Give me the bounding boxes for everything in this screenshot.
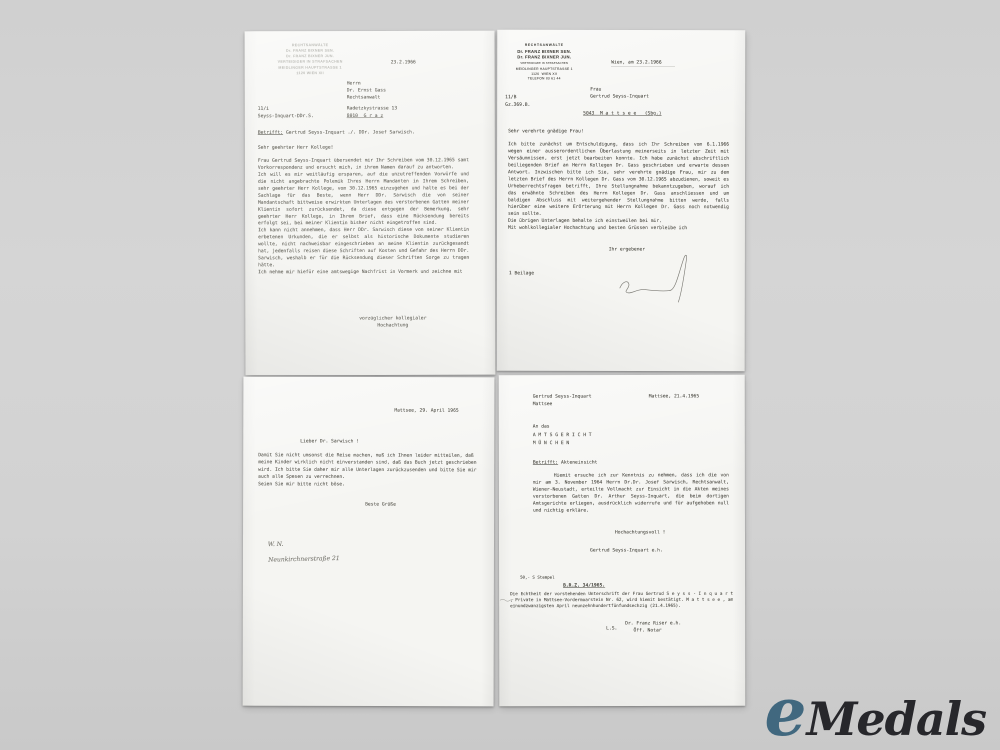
closing-block: Beste Grüße (365, 501, 396, 508)
street-line: Radetzkystrasse 13 (347, 105, 397, 112)
letter-body: Frau Gertrud Seyss-Inquart übersendet mi… (258, 157, 469, 276)
emedals-logo: e Medals (764, 684, 986, 746)
letter-body: Damit Sie nicht umsonst die Reise machen… (258, 452, 480, 489)
salutation: Lieber Dr. Sarwisch ! (300, 438, 359, 445)
typed-references: 11/B Gz.369.B. (505, 94, 530, 109)
subject-line: Betrifft:Gertrud Seyss-Inquart ./. DDr. … (258, 129, 415, 136)
seal-mark: L.S. (606, 625, 617, 632)
file-reference: 11/i Seyss-Inquart-DDr.S. (258, 105, 314, 120)
closing-block: Hochachtungsvoll ! (615, 529, 665, 536)
salutation: Sehr verehrte gnädige Frau! (508, 128, 584, 135)
letterhead-carbon: RECHTSANWÄLTE Dr. FRANZ BIXNER SEN. Dr. … (263, 42, 358, 76)
document-page-bottom-left: Mattsee, 29. April 1965 Lieber Dr. Sarwi… (243, 377, 495, 707)
notary-signature: Dr. Franz Riser e.h. Öff. Notar (625, 620, 681, 634)
city-line: 8010 G r a z (347, 112, 383, 119)
city-line: 5043 M a t t s e e (Sbg.) (583, 110, 661, 117)
subject-text: Gertrud Seyss-Inquart ./. DDr. Josef Sar… (286, 129, 415, 135)
subject-line: Betrifft:Akteneinsicht (533, 459, 598, 466)
margin-annotation (499, 597, 514, 602)
letterhead-names: Dr. FRANZ BIXNER SEN. Dr. FRANZ BIXNER J… (504, 49, 584, 60)
dateline: Wien, am 23.2.1966 (611, 59, 674, 67)
date: 23.2.1966 (391, 59, 416, 66)
emedals-logo-e: e (764, 684, 806, 740)
closing-block: vorzüglicher kollegialer Hochachtung (345, 315, 440, 329)
letter-body: Ich bitte zunächst um Entschuldigung, da… (508, 141, 729, 232)
recipient-block: Frau Gertrud Seyss-Inquart (590, 86, 649, 100)
letterhead-title: RECHTSANWÄLTE (504, 43, 584, 48)
subject-text: Akteneinsicht (561, 460, 597, 466)
letterhead-address: MEIDLINGER HAUPTSTRASSE 1 1120 WIEN XII … (504, 67, 584, 82)
certification-text: Die Echtheit der vorstehenden Unterschri… (510, 591, 733, 609)
enclosure-note: 1 Beilage (509, 270, 534, 277)
handwritten-note: W. N. Neunkirchnerstraße 21 (268, 535, 340, 568)
stamp-note: 50,- S Stempel (520, 574, 555, 580)
document-page-top-right: RECHTSANWÄLTE Dr. FRANZ BIXNER SEN. Dr. … (497, 30, 746, 371)
recipient-court: A M T S G E R I C H T M Ü N C H E N (533, 431, 592, 447)
salutation: Sehr geehrter Herr Kollege! (258, 144, 334, 151)
photo-background: RECHTSANWÄLTE Dr. FRANZ BIXNER SEN. Dr. … (0, 0, 1000, 750)
emedals-logo-text: Medals (806, 692, 986, 746)
typed-signature: Gertrud Seyss-Inquart e.h. (590, 547, 663, 554)
subject-label: Betrifft: (258, 130, 283, 136)
document-page-top-left: RECHTSANWÄLTE Dr. FRANZ BIXNER SEN. Dr. … (245, 31, 496, 376)
letterhead: RECHTSANWÄLTE Dr. FRANZ BIXNER SEN. Dr. … (504, 43, 584, 82)
letter-body: Hiemit ersuche ich zur Kenntnis zu nehme… (533, 472, 729, 514)
document-page-bottom-right: Gertrud Seyss-Inquart Mattsee Mattsee, 2… (499, 375, 746, 706)
subject-label: Betrifft: (533, 460, 558, 466)
handwritten-signature (615, 251, 695, 306)
dateline: Mattsee, 29. April 1965 (394, 407, 458, 414)
notary-file-reference: B.R.Z. 34/1965. (563, 582, 605, 589)
sender-block: Gertrud Seyss-Inquart Mattsee (533, 393, 592, 408)
recipient-block: Herrn Dr. Ernst Gass Rechtsanwalt (347, 80, 386, 101)
dateline: Mattsee, 21.4.1965 (649, 393, 699, 400)
recipient-intro: An das (533, 423, 550, 430)
letterhead-subtitle: VERTEIDIGER IN STRAFSACHEN (504, 61, 584, 65)
